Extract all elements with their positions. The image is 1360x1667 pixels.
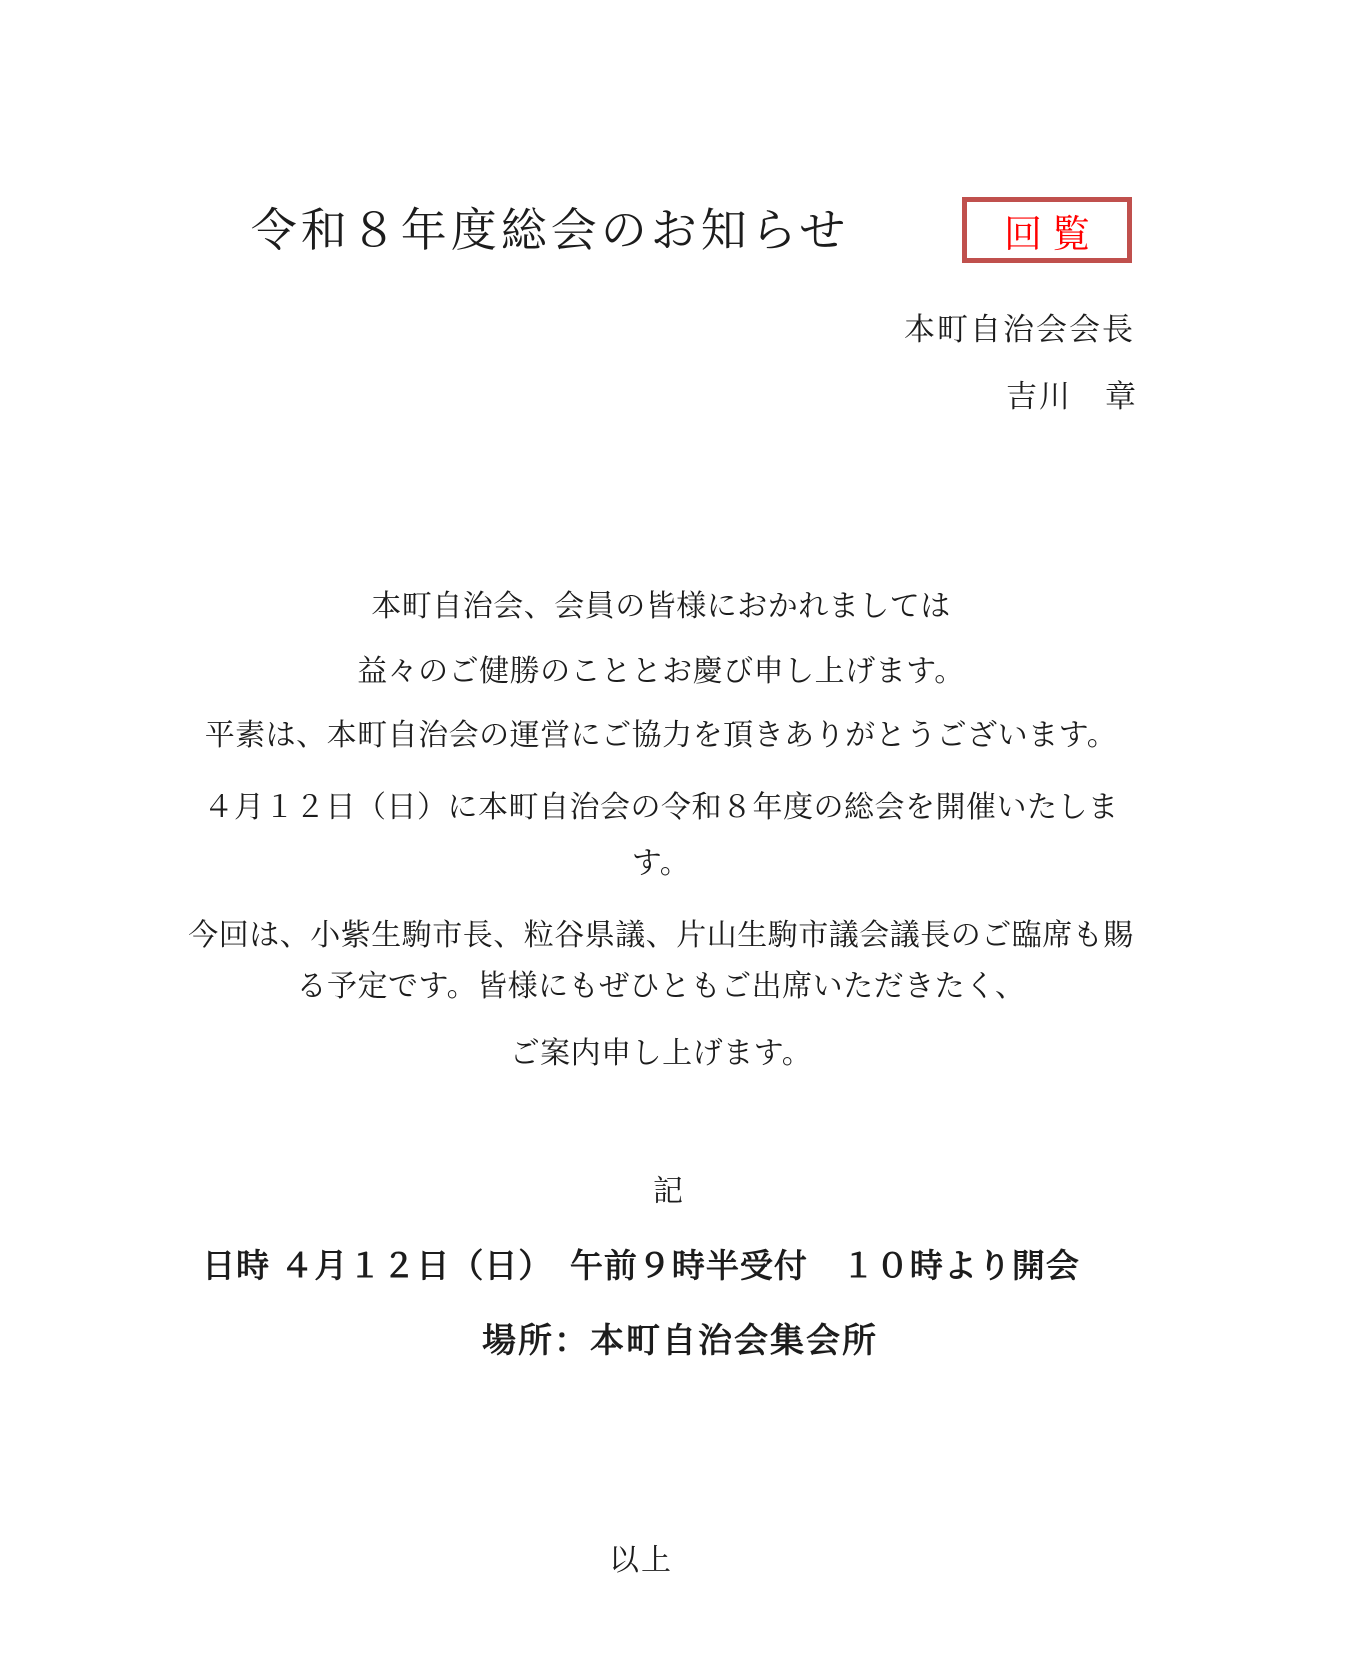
kairan-circulation-stamp: 回覧: [962, 197, 1132, 263]
body-line: 益々のご健勝のこととお慶び申し上げます。: [0, 646, 1322, 690]
document-title: 令和８年度総会のお知らせ: [0, 194, 1100, 260]
body-line: 本町自治会、会員の皆様におかれましては: [0, 581, 1322, 625]
body-line: ご案内申し上げます。: [0, 1028, 1322, 1072]
body-line: 平素は、本町自治会の運営にご協力を頂きありがとうございます。: [0, 710, 1322, 754]
meeting-place-line: 場所：本町自治会集会所: [0, 1313, 1360, 1362]
notice-document-page: 令和８年度総会のお知らせ 回覧 本町自治会会長 吉川 章 本町自治会、会員の皆様…: [0, 0, 1360, 1667]
body-line: ４月１２日（日）に本町自治会の令和８年度の総会を開催いたしま: [0, 782, 1322, 826]
body-line: る予定です。皆様にもぜひともご出席いただきたく、: [0, 961, 1322, 1005]
sender-name: 吉川 章: [1006, 371, 1138, 416]
record-section-heading: 記: [0, 1166, 1336, 1210]
body-line: 今回は、小紫生駒市長、粒谷県議、片山生駒市議会議長のご臨席も賜: [0, 910, 1322, 954]
sender-organization-title: 本町自治会会長: [904, 304, 1135, 349]
kairan-label: 回覧: [1004, 203, 1100, 258]
body-line: す。: [0, 838, 1322, 882]
closing-ijou-label: 以上: [0, 1535, 1282, 1579]
meeting-datetime-line: 日時 ４月１２日（日） 午前９時半受付 １０時より開会: [0, 1240, 1282, 1287]
